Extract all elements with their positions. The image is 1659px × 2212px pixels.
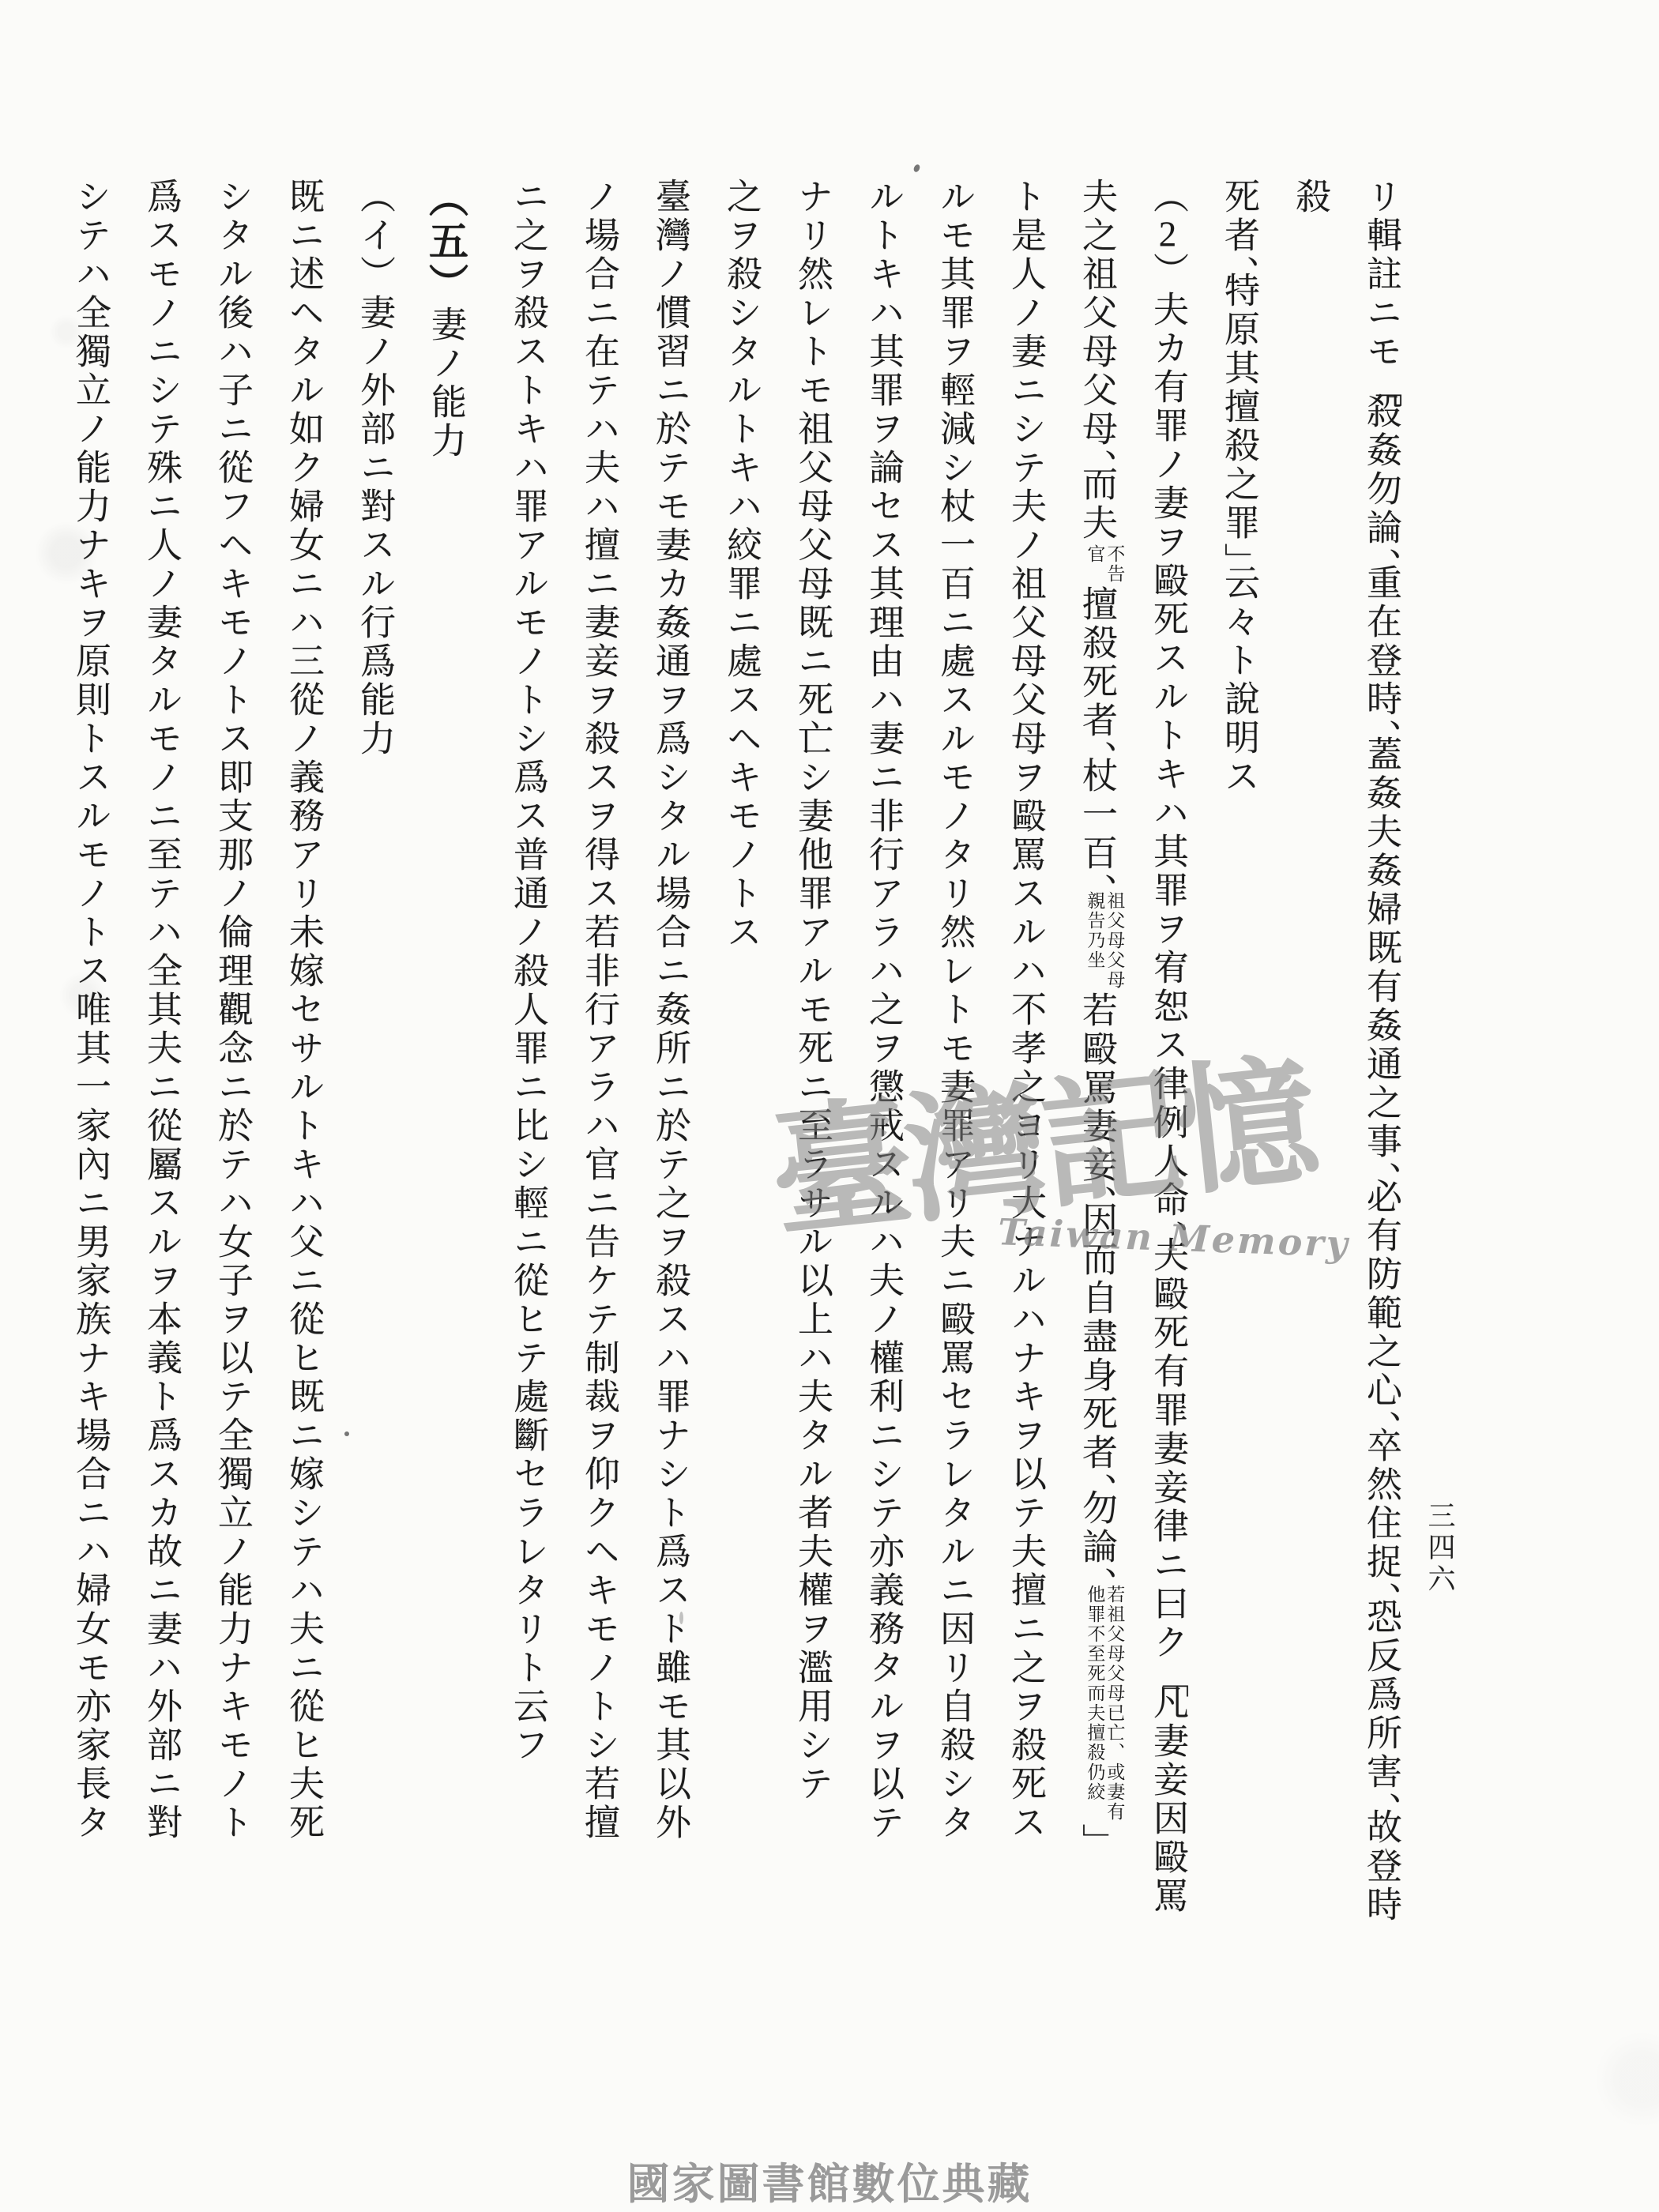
inline-annotation-line: 親告乃坐 xyxy=(1085,891,1104,990)
text-column-16: シタル後ハ子ニ從フヘキモノトス即支那ノ倫理觀念ニ於テハ女子ヲ以テ全獨立ノ能力ナキ… xyxy=(197,178,268,1954)
heading-column-5: （五）妻ノ能力 xyxy=(410,178,481,1954)
punctuation: 、 xyxy=(1077,1473,1116,1511)
text-column-17: 爲スモノニシテ殊ニ人ノ妻タルモノニ至テハ全其夫ニ從屬スルヲ本義ト爲スカ故ニ妻ハ外… xyxy=(126,178,197,1954)
text-column-11: ノ場合ニ在テハ夫ハ擅ニ妻妾ヲ殺スヲ得ス若非行アラハ官ニ告ケテ制裁ヲ仰クヘキモノト… xyxy=(563,178,634,1954)
punctuation: 」 xyxy=(1077,1823,1116,1862)
library-footer-credit: 國家圖書館數位典藏 xyxy=(0,2150,1659,2211)
upright-digit: 2 xyxy=(1148,216,1187,252)
punctuation: 「 xyxy=(1148,1662,1187,1701)
inline-annotation-line: 祖父母父母 xyxy=(1104,891,1124,990)
punctuation: 、 xyxy=(1077,740,1116,779)
inline-annotation-line: 他罪不至死而夫擅殺仍絞 xyxy=(1085,1585,1104,1822)
inline-annotation-line: 不告 xyxy=(1104,544,1124,584)
punctuation: 「 xyxy=(1361,371,1401,410)
text-column-9: 之ヲ殺シタルトキハ絞罪ニ處スヘキモノトス xyxy=(705,178,777,1954)
inline-annotation: 不告官 xyxy=(1085,544,1124,584)
inline-annotation: 祖父母父母親告乃坐 xyxy=(1085,891,1124,990)
punctuation: 」 xyxy=(1219,543,1258,581)
punctuation: 、 xyxy=(1361,1582,1401,1620)
text-column-10: 臺灣ノ慣習ニ於テモ妻カ姦通ヲ爲シタル場合ニ姦所ニ於テ之ヲ殺スハ罪ナシト爲スト雖モ… xyxy=(634,178,705,1954)
inline-annotation-line: 官 xyxy=(1085,544,1104,584)
punctuation: 、 xyxy=(1361,1792,1401,1830)
text-column-18: シテハ全獨立ノ能力ナキヲ原則トスルモノトス唯其一家內ニ男家族ナキ場合ニハ婦女モ亦… xyxy=(55,178,126,1954)
text-column-12: ニ之ヲ殺ストキハ罪アルモノトシ爲ス普通ノ殺人罪ニ比シ輕ニ從ヒテ處斷セラレタリト云… xyxy=(492,178,563,1954)
text-column-15: 既ニ述ヘタル如ク婦女ニハ三從ノ義務アリ未嫁セサルトキハ父ニ從ヒ既ニ嫁シテハ夫ニ從… xyxy=(268,178,339,1954)
punctuation: 、 xyxy=(1361,547,1401,586)
text-column-8: ナリ然レトモ祖父母父母既ニ死亡シ妻他罪アルモ死ニ至ラサル以上ハ夫タル者夫權ヲ濫用… xyxy=(777,178,848,1954)
heading-column-i: （イ）妻ノ外部ニ對スル行爲能力 xyxy=(339,178,410,1954)
inline-annotation: 若祖父母父母已亡、或妻有他罪不至死而夫擅殺仍絞 xyxy=(1085,1585,1124,1822)
section-number: （五） xyxy=(423,178,468,306)
text-column-7: ルトキハ其罪ヲ論セス其理由ハ妻ニ非行アラハ之ヲ懲戒スルハ夫ノ權利ニシテ亦義務タル… xyxy=(848,178,919,1954)
text-column-6: ルモ其罪ヲ輕減シ杖一百ニ處スルモノタリ然レトモ妻罪アリ夫ニ毆罵セラレタルニ因リ自… xyxy=(919,178,990,1954)
scan-speck xyxy=(912,164,921,173)
punctuation: 、 xyxy=(1361,1410,1401,1449)
punctuation: 、 xyxy=(1219,255,1258,294)
punctuation: 、 xyxy=(1077,449,1116,487)
page-number: 三四六 xyxy=(1420,1501,1459,1596)
inline-annotation-line: 若祖父母父母已亡、或妻有 xyxy=(1104,1585,1124,1822)
punctuation: 、 xyxy=(1361,719,1401,758)
